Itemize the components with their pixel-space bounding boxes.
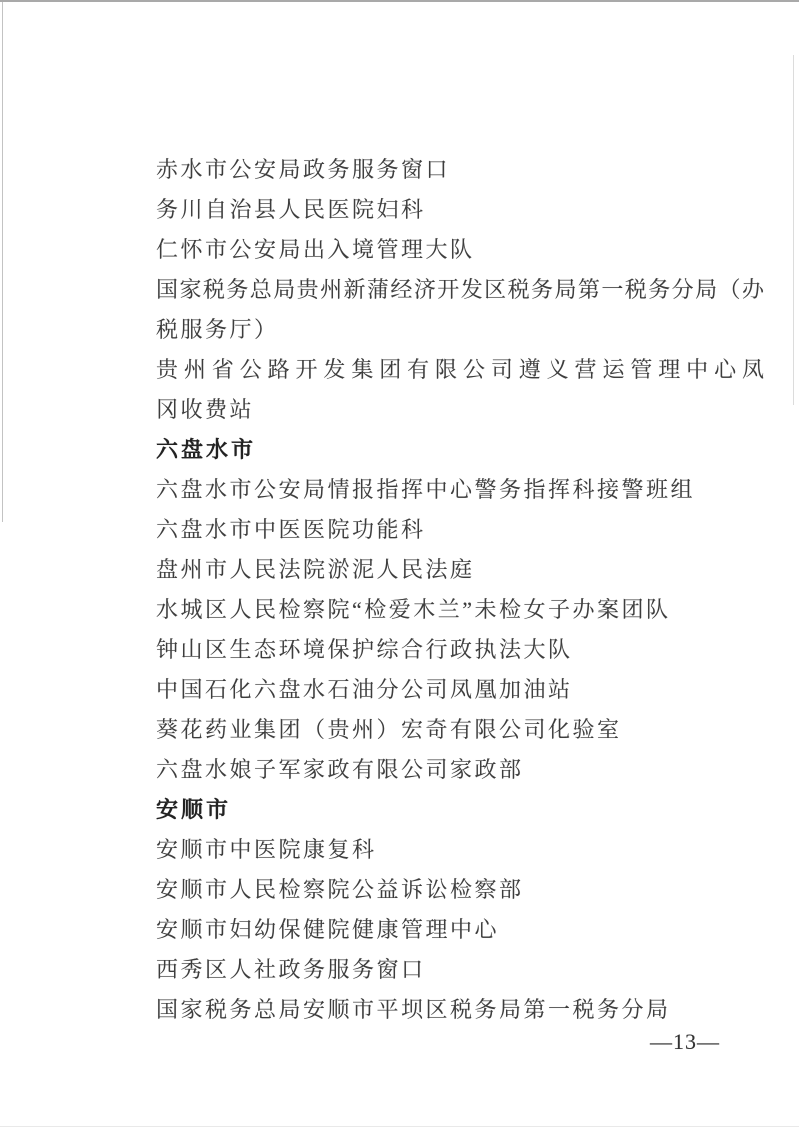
entry-list: 赤水市公安局政务服务窗口 务川自治县人民医院妇科 仁怀市公安局出入境管理大队 国… [156, 150, 764, 1030]
entry-line-wrapped: 贵州省公路开发集团有限公司遵义营运管理中心凤 [156, 350, 764, 390]
entry-line-wrapped: 国家税务总局贵州新蒲经济开发区税务局第一税务分局（办 [156, 270, 764, 310]
page-number: —13— [650, 1026, 720, 1058]
entry-line-continuation: 冈收费站 [156, 390, 764, 430]
entry-line: 务川自治县人民医院妇科 [156, 190, 764, 230]
entry-line: 安顺市人民检察院公益诉讼检察部 [156, 870, 764, 910]
entry-line: 西秀区人社政务服务窗口 [156, 950, 764, 990]
entry-line: 六盘水市公安局情报指挥中心警务指挥科接警班组 [156, 470, 764, 510]
entry-line: 赤水市公安局政务服务窗口 [156, 150, 764, 190]
section-heading-anshun: 安顺市 [156, 790, 764, 830]
entry-line: 六盘水娘子军家政有限公司家政部 [156, 750, 764, 790]
entry-line: 六盘水市中医医院功能科 [156, 510, 764, 550]
entry-line: 盘州市人民法院淤泥人民法庭 [156, 550, 764, 590]
entry-line: 仁怀市公安局出入境管理大队 [156, 230, 764, 270]
scan-edge-right [793, 55, 794, 405]
section-heading-liupanshui: 六盘水市 [156, 430, 764, 470]
entry-line: 水城区人民检察院“检爱木兰”未检女子办案团队 [156, 590, 764, 630]
entry-line: 葵花药业集团（贵州）宏奇有限公司化验室 [156, 710, 764, 750]
scan-edge-top [0, 0, 799, 2]
entry-line: 国家税务总局安顺市平坝区税务局第一税务分局 [156, 990, 764, 1030]
entry-line: 安顺市妇幼保健院健康管理中心 [156, 910, 764, 950]
entry-line: 钟山区生态环境保护综合行政执法大队 [156, 630, 764, 670]
scan-edge-left [2, 2, 3, 522]
entry-line: 中国石化六盘水石油分公司凤凰加油站 [156, 670, 764, 710]
entry-line-continuation: 税服务厅） [156, 310, 764, 350]
entry-line: 安顺市中医院康复科 [156, 830, 764, 870]
